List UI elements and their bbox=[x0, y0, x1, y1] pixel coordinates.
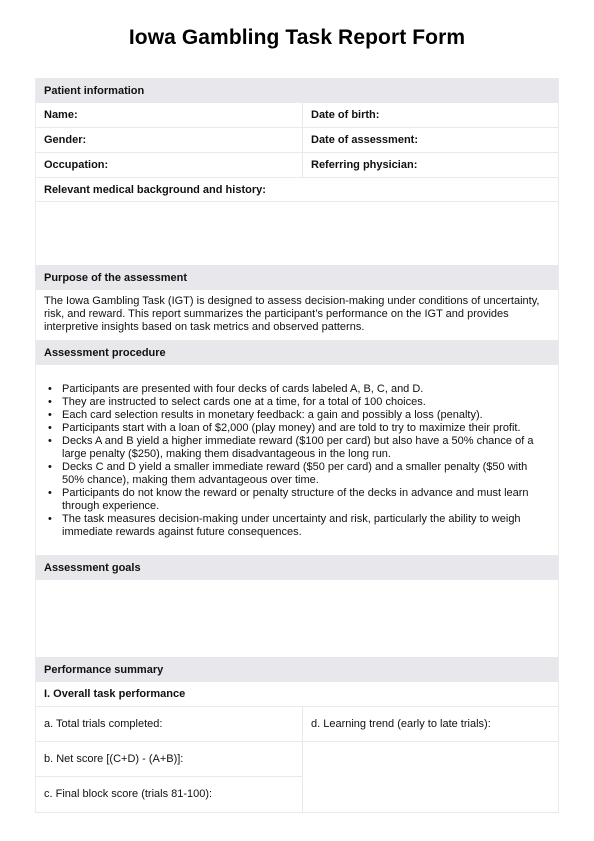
performance-left-column: a. Total trials completed: b. Net score … bbox=[36, 707, 303, 812]
occupation-field[interactable]: Occupation: bbox=[36, 153, 303, 177]
date-of-birth-field[interactable]: Date of birth: bbox=[303, 103, 558, 127]
list-item: Each card selection results in monetary … bbox=[44, 409, 550, 422]
medical-history-label: Relevant medical background and history: bbox=[36, 178, 558, 202]
form-row: Occupation: Referring physician: bbox=[36, 153, 558, 178]
learning-trend-field[interactable]: d. Learning trend (early to late trials)… bbox=[303, 707, 558, 742]
net-score-field[interactable]: b. Net score [(C+D) - (A+B)]: bbox=[36, 742, 302, 777]
name-field[interactable]: Name: bbox=[36, 103, 303, 127]
section-header-goals: Assessment goals bbox=[36, 555, 558, 580]
section-header-procedure: Assessment procedure bbox=[36, 340, 558, 365]
final-block-score-field[interactable]: c. Final block score (trials 81-100): bbox=[36, 777, 302, 812]
list-item: Participants are presented with four dec… bbox=[44, 383, 550, 396]
form-row: Gender: Date of assessment: bbox=[36, 128, 558, 153]
purpose-text: The Iowa Gambling Task (IGT) is designed… bbox=[36, 290, 558, 340]
list-item: Participants start with a loan of $2,000… bbox=[44, 422, 550, 435]
performance-grid: a. Total trials completed: b. Net score … bbox=[36, 706, 558, 813]
procedure-list-container: Participants are presented with four dec… bbox=[36, 365, 558, 555]
referring-physician-field[interactable]: Referring physician: bbox=[303, 153, 558, 177]
section-header-patient-information: Patient information bbox=[36, 78, 558, 103]
performance-right-column: d. Learning trend (early to late trials)… bbox=[303, 707, 558, 812]
medical-history-input[interactable] bbox=[36, 202, 558, 265]
list-item: Decks C and D yield a smaller immediate … bbox=[44, 461, 550, 487]
list-item: They are instructed to select cards one … bbox=[44, 396, 550, 409]
total-trials-field[interactable]: a. Total trials completed: bbox=[36, 707, 302, 742]
form-row: Name: Date of birth: bbox=[36, 103, 558, 128]
goals-input[interactable] bbox=[36, 580, 558, 657]
overall-performance-subheading: I. Overall task performance bbox=[36, 682, 558, 706]
section-header-purpose: Purpose of the assessment bbox=[36, 265, 558, 290]
list-item: Participants do not know the reward or p… bbox=[44, 487, 550, 513]
list-item: Decks A and B yield a higher immediate r… bbox=[44, 435, 550, 461]
list-item: The task measures decision-making under … bbox=[44, 513, 550, 539]
section-header-performance: Performance summary bbox=[36, 657, 558, 682]
procedure-list: Participants are presented with four dec… bbox=[44, 383, 550, 539]
page-title: Iowa Gambling Task Report Form bbox=[0, 26, 594, 50]
report-form: Patient information Name: Date of birth:… bbox=[35, 78, 559, 813]
date-of-assessment-field[interactable]: Date of assessment: bbox=[303, 128, 558, 152]
gender-field[interactable]: Gender: bbox=[36, 128, 303, 152]
